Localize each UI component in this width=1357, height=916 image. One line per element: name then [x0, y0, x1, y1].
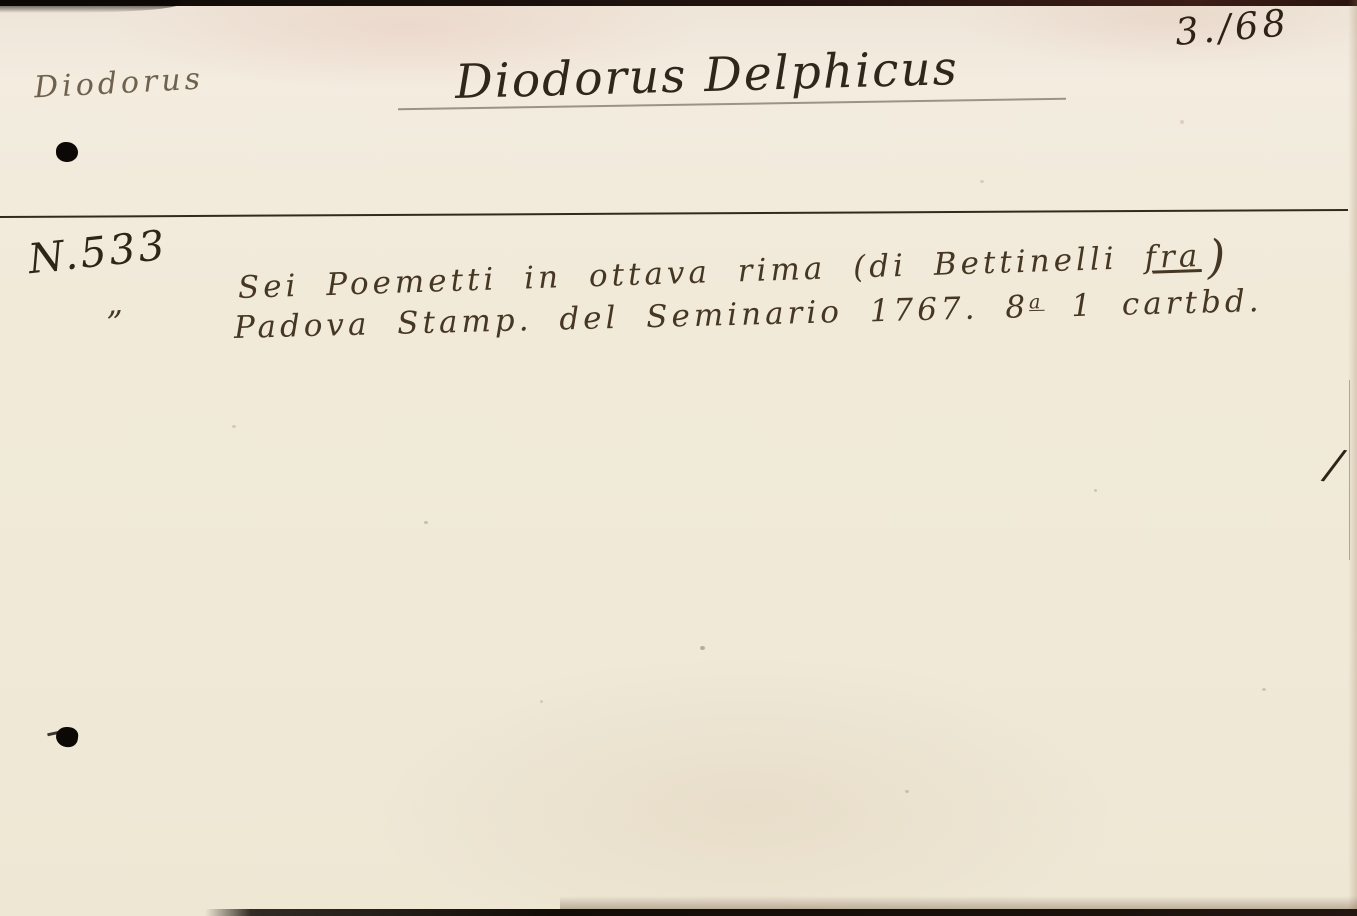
paper-speck: [1262, 688, 1266, 691]
scan-edge-top: [0, 0, 1357, 6]
entry-line-1-closing-paren: ): [1206, 229, 1226, 284]
entry-line-2-rest: 1 cartbd.: [1044, 283, 1263, 325]
paper-speck: [980, 180, 984, 183]
paper-speck: [232, 425, 236, 428]
entry-line-2-superscript: a: [1029, 290, 1045, 313]
paper-speck: [1180, 120, 1184, 124]
paper-speck: [540, 700, 543, 703]
punch-hole-bottom: [55, 726, 80, 749]
horizontal-rule: [0, 209, 1348, 218]
paper-speck: [905, 790, 909, 793]
paper-speck: [424, 521, 428, 524]
shelf-number: 3./68: [1173, 1, 1291, 54]
edge-stray-mark: /: [1323, 439, 1345, 490]
ditto-mark: „: [105, 283, 124, 322]
paper-speck: [700, 646, 705, 650]
punch-hole-top: [56, 142, 78, 162]
entry-number: N.533: [26, 221, 170, 283]
scan-edge-bottom: [205, 909, 1357, 916]
catalog-card: 3./68 Diodorus Diodorus Delphicus N.533 …: [0, 0, 1357, 916]
paper-speck: [1094, 489, 1097, 492]
scan-edge-top-left-corner: [0, 0, 180, 13]
entry-line-1-abbreviation: fra: [1144, 238, 1202, 276]
card-right-edge-line: [1349, 380, 1350, 560]
author-heading-left: Diodorus: [33, 62, 205, 106]
